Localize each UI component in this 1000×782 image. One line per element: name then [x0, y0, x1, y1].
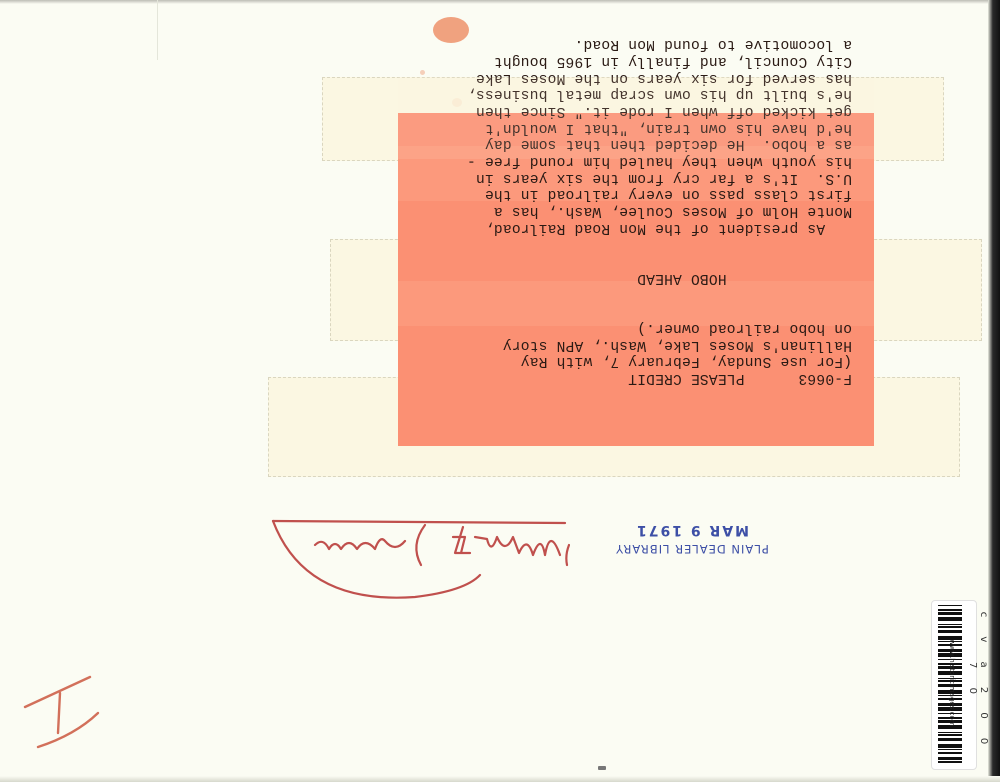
caption-line [406, 302, 852, 319]
stamp-library-name: PLAIN DEALER LIBRARY [597, 542, 787, 556]
caption-line: As president of the Mon Road Railroad, [406, 219, 852, 236]
caption-line [406, 236, 852, 253]
caption-line: (For use Sunday, February 7, with Ray [406, 353, 852, 370]
caption-sheet: F-0663 PLEASE CREDIT(For use Sunday, Feb… [398, 113, 874, 446]
barcode-code: c v a 2 0 0 7 0 [967, 602, 989, 762]
corner-mark [20, 675, 100, 755]
barcode-url: www.historicimages.com [948, 603, 956, 763]
caption-line: HOBO AHEAD [406, 269, 852, 286]
caption-line: Monte Holm of Moses Coulee, Wash., has a [406, 202, 852, 219]
caption-line: Hallinan's Moses Lake, Wash., APN story [406, 336, 852, 353]
caption-line: first class pass on every railroad in th… [406, 186, 852, 203]
barcode-label: c v a 2 0 0 7 0 www.historicimages.com [931, 600, 977, 770]
scan-right-edge [988, 0, 1000, 782]
stamp-date: MAR 9 1971 [597, 522, 787, 538]
caption-line: F-0663 PLEASE CREDIT [406, 369, 852, 386]
library-stamp: PLAIN DEALER LIBRARY MAR 9 1971 [597, 509, 787, 559]
scan-bottom-edge [0, 776, 1000, 782]
caption-line [406, 252, 852, 269]
paper-crease [157, 0, 158, 60]
caption-line: City Council, and finally in 1965 bought [406, 52, 852, 69]
caption-line: U.S. It's a far cry from the six years i… [406, 169, 852, 186]
caption-line: a locomotive to found Mon Road. [406, 35, 852, 52]
scan-artifact [598, 766, 606, 770]
signature [265, 515, 570, 605]
tape-overlay [398, 77, 874, 159]
caption-line: on hobo railroad owner.) [406, 319, 852, 336]
caption-line [406, 286, 852, 303]
scan-top-edge [0, 0, 1000, 4]
